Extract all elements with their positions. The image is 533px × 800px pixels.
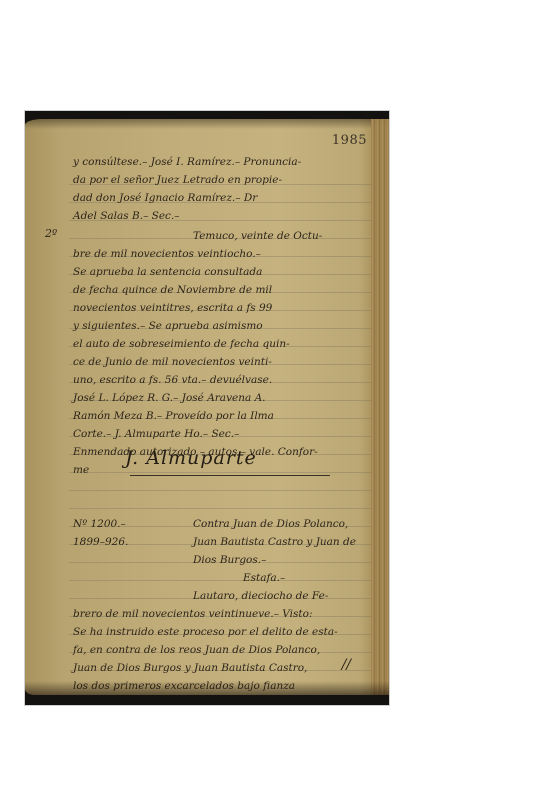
page-number: 1985 [332, 133, 367, 148]
page-edge-stack [371, 119, 389, 695]
text-line: Corte.– J. Almuparte Ho.– Sec.– [73, 425, 322, 443]
case-ids: Nº 1200.– 1899–926. [73, 515, 128, 551]
entry-margin-label: 2º [45, 227, 57, 240]
text-line: da por el señor Juez Letrado en propie- [73, 171, 301, 189]
case-parties: Contra Juan de Dios Polanco, Juan Bautis… [193, 515, 356, 587]
text-line: Juan de Dios Burgos y Juan Bautista Cast… [73, 659, 338, 677]
text-line: novecientos veintitres, escrita a fs 99 [73, 299, 322, 317]
binding-shadow-bottom [25, 681, 389, 695]
text-line: fa, en contra de los reos Juan de Dios P… [73, 641, 338, 659]
text-line: y consúltese.– José I. Ramírez.– Pronunc… [73, 153, 301, 171]
offense-label: Estafa.– [193, 569, 356, 587]
entry-2-text: Temuco, veinte de Octu- bre de mil novec… [73, 227, 322, 479]
entry-continuation: y consúltese.– José I. Ramírez.– Pronunc… [73, 153, 301, 225]
text-line: el auto de sobreseimiento de fecha quin- [73, 335, 322, 353]
scanned-page-image: 1985 y consúltese.– José I. Ramírez.– Pr… [25, 111, 389, 705]
party-line: Dios Burgos.– [193, 551, 356, 569]
text-line: José L. López R. G.– José Aravena A. [73, 389, 322, 407]
line-end-mark: // [342, 657, 351, 673]
text-line: ce de Junio de mil novecientos veinti- [73, 353, 322, 371]
party-line: Contra Juan de Dios Polanco, [193, 515, 356, 533]
text-line: de fecha quince de Noviembre de mil [73, 281, 322, 299]
party-line: Juan Bautista Castro y Juan de [193, 533, 356, 551]
binding-shadow-top [25, 119, 389, 129]
ledger-page: 1985 y consúltese.– José I. Ramírez.– Pr… [25, 119, 389, 695]
text-line: brero de mil novecientos veintinueve.– V… [73, 605, 338, 623]
text-line: dad don José Ignacio Ramírez.– Dr [73, 189, 301, 207]
signature-underline [130, 475, 330, 476]
text-line: Temuco, veinte de Octu- [73, 227, 322, 245]
text-line: y siguientes.– Se aprueba asimismo [73, 317, 322, 335]
text-line: Adel Salas B.– Sec.– [73, 207, 301, 225]
text-line: uno, escrito a fs. 56 vta.– devuélvase. [73, 371, 322, 389]
case-number: Nº 1200.– [73, 515, 128, 533]
text-line: bre de mil novecientos veintiocho.– [73, 245, 322, 263]
text-line: Ramón Meza B.– Proveído por la Ilma [73, 407, 322, 425]
text-line: Lautaro, dieciocho de Fe- [73, 587, 338, 605]
text-line: Se aprueba la sentencia consultada [73, 263, 322, 281]
handwritten-signature: J. Almuparte [125, 447, 257, 469]
text-line: Se ha instruido este proceso por el deli… [73, 623, 338, 641]
case-reference: 1899–926. [73, 533, 128, 551]
entry-3-text: Lautaro, dieciocho de Fe- brero de mil n… [73, 587, 338, 695]
